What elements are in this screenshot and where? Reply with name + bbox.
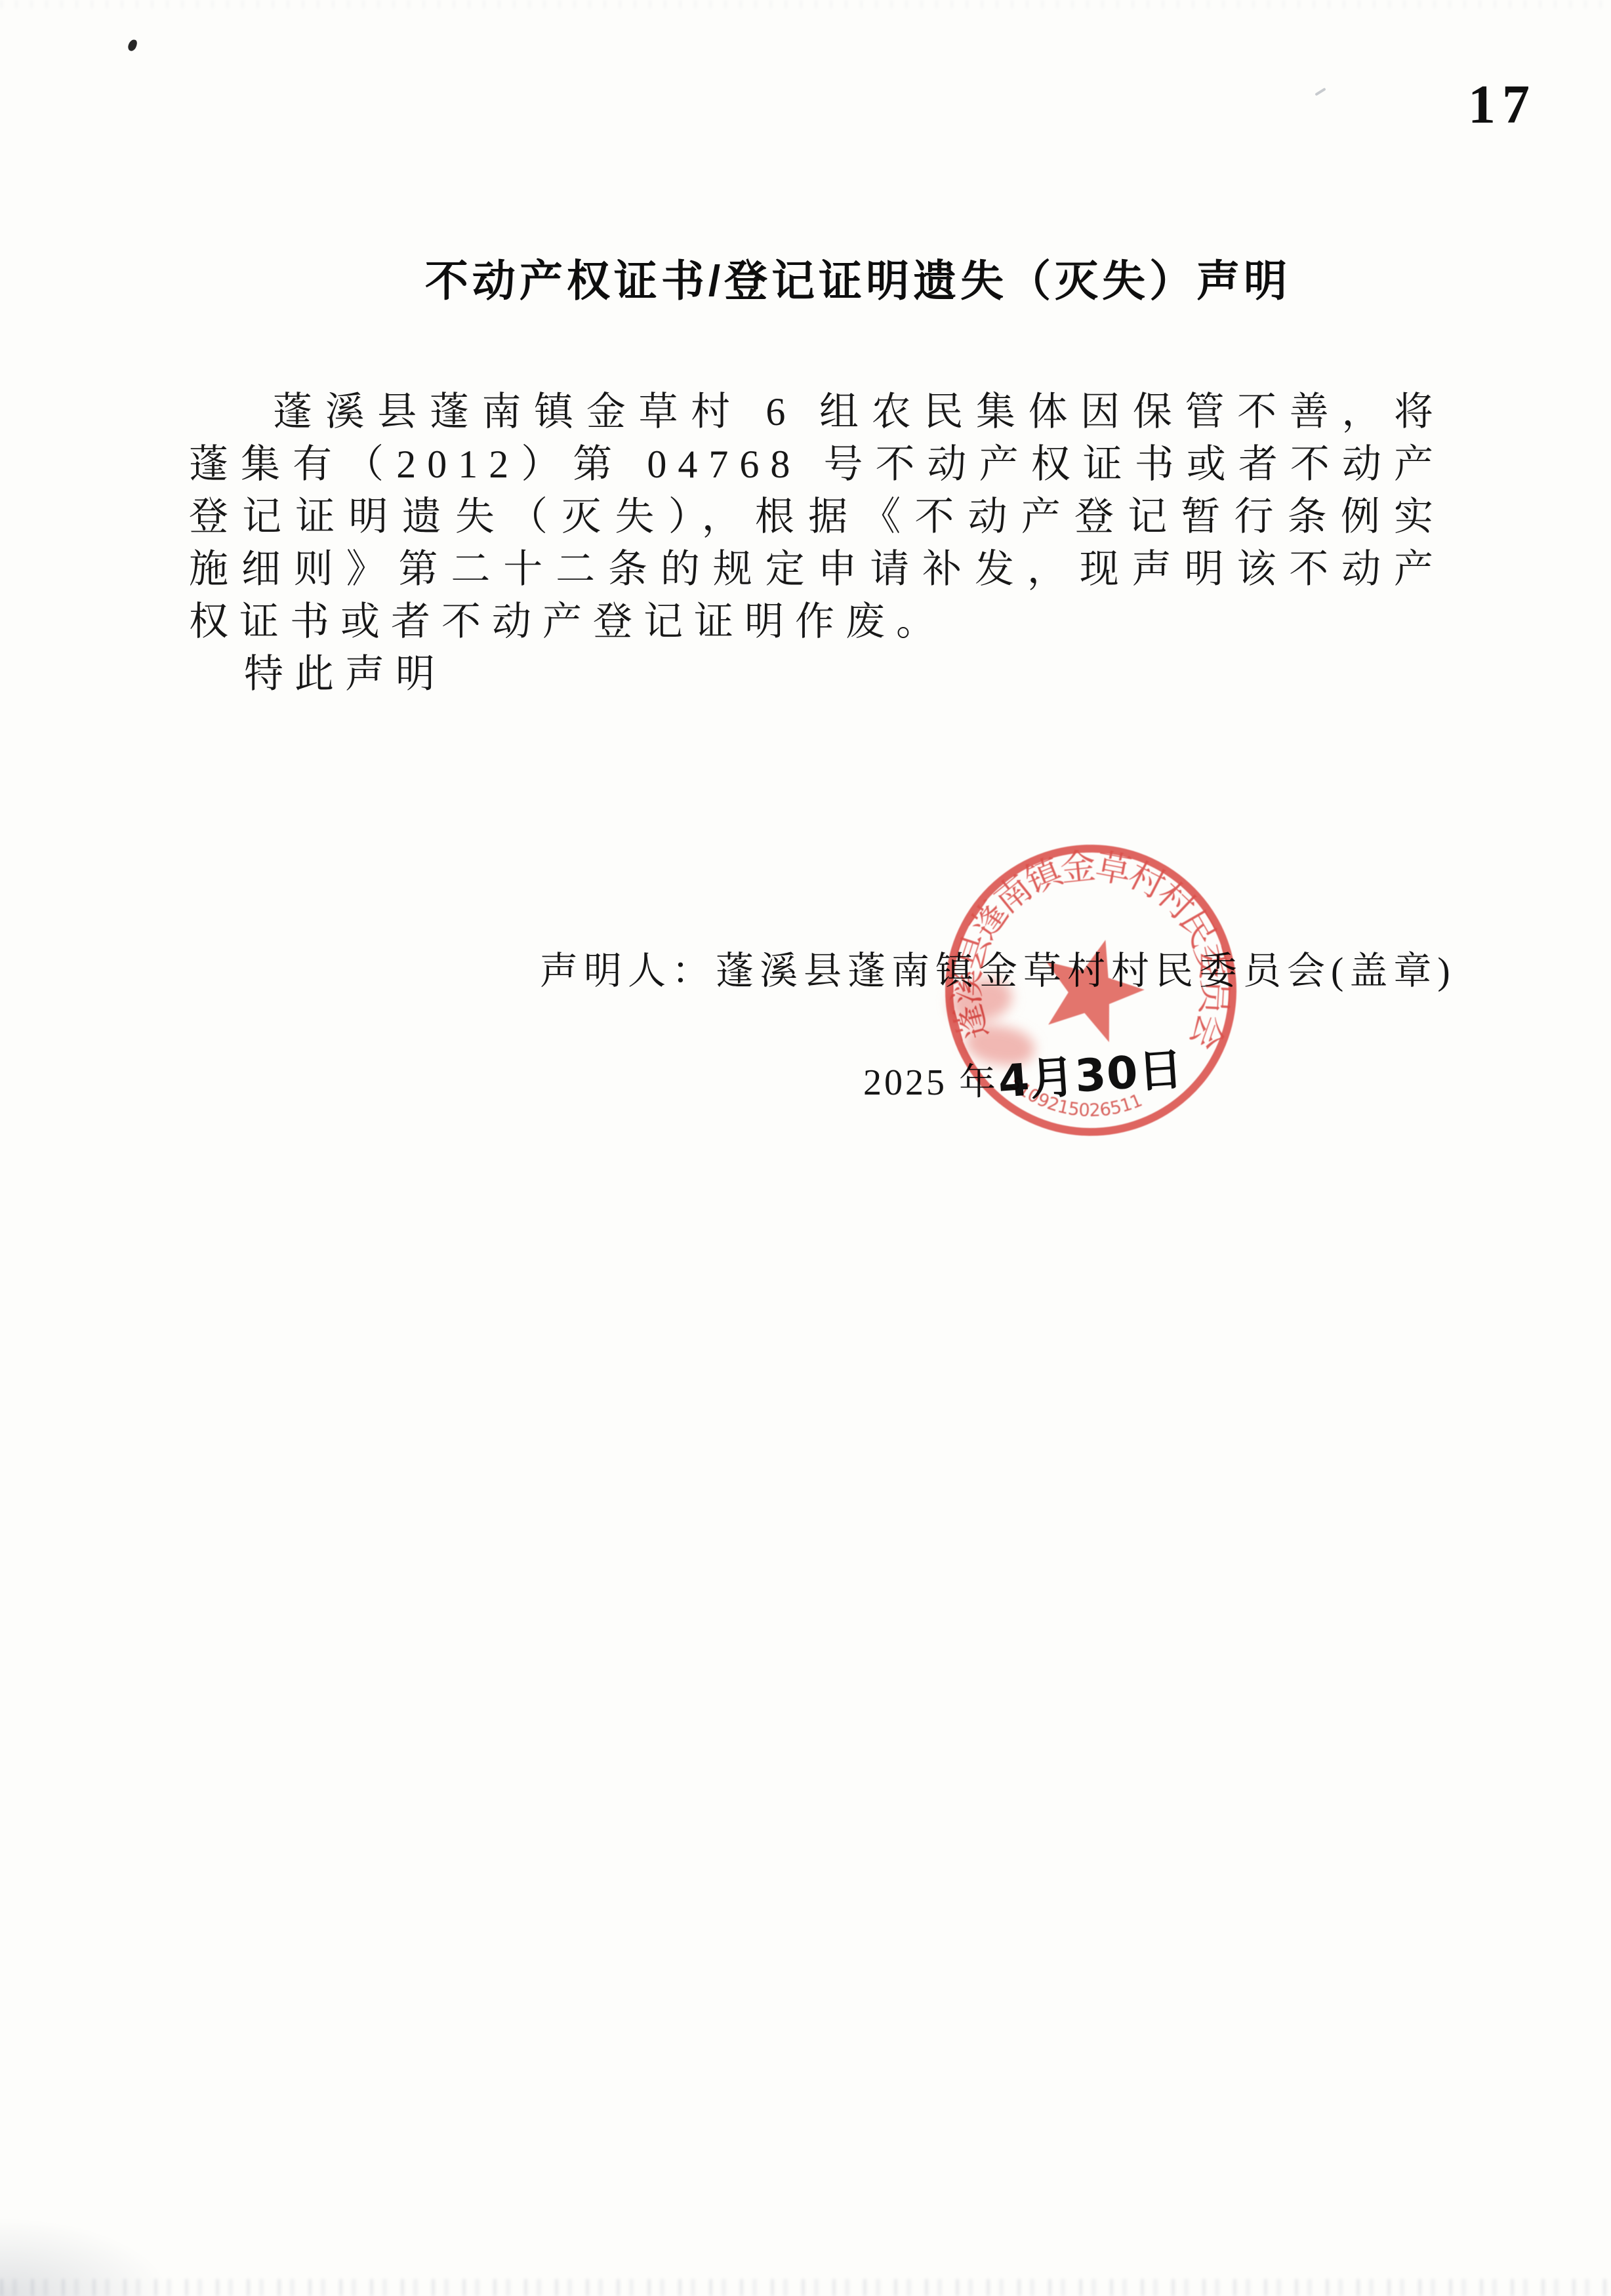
document-title: 不动产权证书/登记证明遗失（灭失）声明	[52, 257, 1611, 305]
declaration-body: 蓬溪县蓬南镇金草村 6 组农民集体因保管不善，将 蓬集有（2012）第 0476…	[189, 386, 1444, 700]
seal-star-icon	[1038, 934, 1149, 1045]
body-line-3: 登记证明遗失（灭失），根据《不动产登记暂行条例实	[189, 491, 1444, 543]
body-line-5: 权证书或者不动产登记证明作废。	[189, 595, 1444, 648]
scan-noise-bottom	[0, 2279, 1611, 2296]
body-line-4: 施细则》第二十二条的规定申请补发，现声明该不动产	[189, 543, 1444, 595]
ink-speck	[127, 39, 138, 52]
body-line-6: 特此声明	[189, 648, 1444, 700]
body-line-1: 蓬溪县蓬南镇金草村 6 组农民集体因保管不善，将	[189, 386, 1444, 438]
page-number: 17	[1468, 77, 1536, 132]
body-line-2: 蓬集有（2012）第 04768 号不动产权证书或者不动产	[189, 438, 1444, 491]
scan-corner-shadow	[0, 2217, 171, 2296]
scan-noise-top	[0, 0, 1611, 8]
faint-pen-mark	[1315, 88, 1326, 96]
scanned-document-page: 17 不动产权证书/登记证明遗失（灭失）声明 蓬溪县蓬南镇金草村 6 组农民集体…	[0, 0, 1611, 2296]
